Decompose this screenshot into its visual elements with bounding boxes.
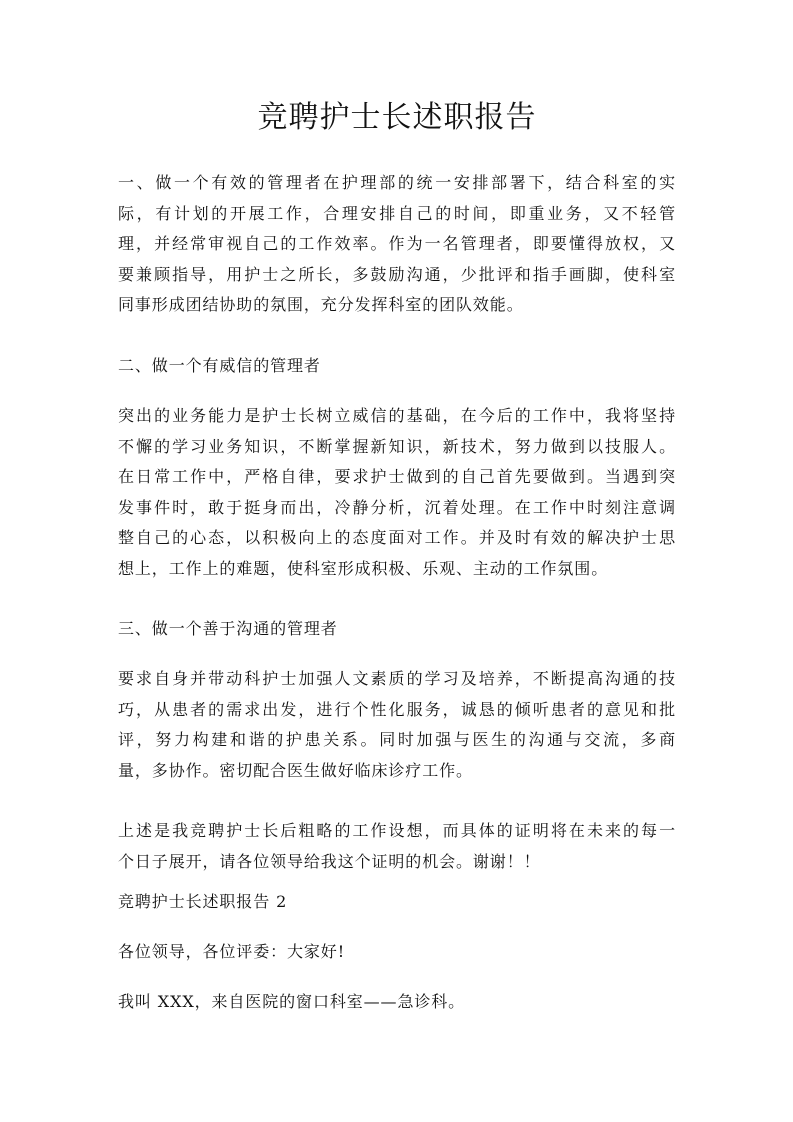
paragraph-effective-manager: 一、做一个有效的管理者在护理部的统一安排部署下，结合科室的实 际，有计划的开展工…	[118, 168, 676, 321]
paragraph-greeting: 各位领导，各位评委：大家好!	[118, 937, 676, 968]
text-line: 上述是我竞聘护士长后粗略的工作设想，而具体的证明将在未来的每一	[118, 816, 676, 847]
heading-communicative-manager: 三、做一个善于沟通的管理者	[118, 614, 676, 645]
heading-authoritative-manager: 二、做一个有威信的管理者	[118, 351, 676, 382]
paragraph-closing: 上述是我竞聘护士长后粗略的工作设想，而具体的证明将在未来的每一 个日子展开，请各…	[118, 816, 676, 877]
text-line: 要兼顾指导，用护士之所长，多鼓励沟通，少批评和指手画脚，使科室	[118, 260, 676, 291]
text-line: 二、做一个有威信的管理者	[118, 351, 676, 382]
text-line: 要求自身并带动科护士加强人文素质的学习及培养，不断提高沟通的技	[118, 664, 676, 695]
text-line: 在日常工作中，严格自律，要求护士做到的自己首先要做到。当遇到突	[118, 462, 676, 493]
paragraph-intro: 我叫 XXX，来自医院的窗口科室——急诊科。	[118, 987, 676, 1018]
text-line: 一、做一个有效的管理者在护理部的统一安排部署下，结合科室的实	[118, 168, 676, 199]
text-line: 发事件时，敢于挺身而出，冷静分析，沉着处理。在工作中时刻注意调	[118, 493, 676, 524]
paragraph-communication: 要求自身并带动科护士加强人文素质的学习及培养，不断提高沟通的技 巧，从患者的需求…	[118, 664, 676, 786]
text-line: 量，多协作。密切配合医生做好临床诊疗工作。	[118, 756, 676, 787]
text-line: 个日子展开，请各位领导给我这个证明的机会。谢谢！！	[118, 847, 676, 878]
text-line: 评，努力构建和谐的护患关系。同时加强与医生的沟通与交流，多商	[118, 725, 676, 756]
text-line: 突出的业务能力是护士长树立威信的基础，在今后的工作中，我将坚持	[118, 401, 676, 432]
text-line: 际，有计划的开展工作，合理安排自己的时间，即重业务，又不轻管	[118, 199, 676, 230]
text-line: 竞聘护士长述职报告 2	[118, 887, 676, 918]
paragraph-authority: 突出的业务能力是护士长树立威信的基础，在今后的工作中，我将坚持 不懈的学习业务知…	[118, 401, 676, 584]
text-line: 不懈的学习业务知识，不断掌握新知识，新技术，努力做到以技服人。	[118, 432, 676, 463]
text-line: 整自己的心态，以积极向上的态度面对工作。并及时有效的解决护士思	[118, 523, 676, 554]
text-line: 同事形成团结协助的氛围，充分发挥科室的团队效能。	[118, 290, 676, 321]
text-line: 理，并经常审视自己的工作效率。作为一名管理者，即要懂得放权，又	[118, 229, 676, 260]
document-title: 竞聘护士长述职报告	[118, 96, 676, 140]
text-line: 各位领导，各位评委：大家好!	[118, 937, 676, 968]
heading-report-2: 竞聘护士长述职报告 2	[118, 887, 676, 918]
text-line: 想上，工作上的难题，使科室形成积极、乐观、主动的工作氛围。	[118, 554, 676, 585]
text-line: 巧，从患者的需求出发，进行个性化服务，诚恳的倾听患者的意见和批	[118, 695, 676, 726]
text-line: 我叫 XXX，来自医院的窗口科室——急诊科。	[118, 987, 676, 1018]
text-line: 三、做一个善于沟通的管理者	[118, 614, 676, 645]
